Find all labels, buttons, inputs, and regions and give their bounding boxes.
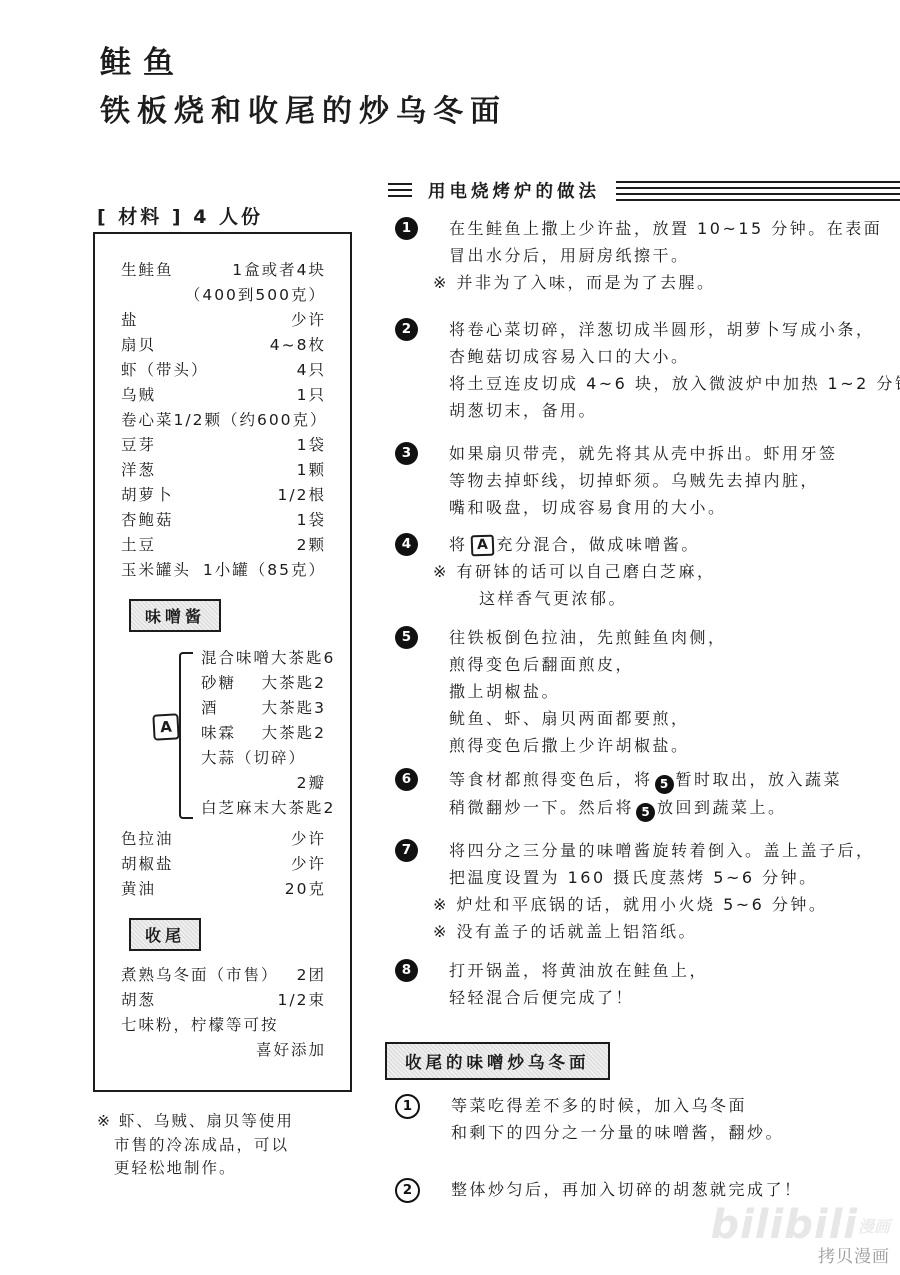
ingredient-amount: 少许	[291, 852, 326, 877]
ingredient-name: 色拉油	[121, 827, 174, 852]
extra-ingredient-list: 色拉油少许胡椒盐少许黄油20克	[121, 827, 326, 902]
group-a: A 混合味噌大茶匙6砂糖大茶匙2酒大茶匙3味霖大茶匙2大蒜（切碎）2瓣白芝麻末大…	[157, 646, 326, 821]
step-line: 等菜吃得差不多的时候，加入乌冬面	[451, 1092, 784, 1119]
materials-header: [ 材料 ] 4 人份	[97, 202, 263, 229]
ingredient-name: 味霖	[201, 721, 236, 746]
step-lines: 等菜吃得差不多的时候，加入乌冬面和剩下的四分之一分量的味噌酱，翻炒。	[451, 1092, 784, 1146]
ingredient-name: 虾（带头）	[121, 358, 209, 383]
ingredient-row: 2瓣	[201, 771, 326, 796]
ingredient-row: 杏鲍菇1袋	[121, 508, 326, 533]
footnote-line: 市售的冷冻成品，可以	[114, 1134, 294, 1158]
ingredient-name: 扇贝	[121, 333, 156, 358]
ingredient-row: 虾（带头）4只	[121, 358, 326, 383]
ingredient-name: 七味粉，柠檬等可按	[121, 1013, 279, 1038]
miso-ingredient-list: 混合味噌大茶匙6砂糖大茶匙2酒大茶匙3味霖大茶匙2大蒜（切碎）2瓣白芝麻末大茶匙…	[201, 646, 326, 821]
step-number-outline-badge: 2	[395, 1178, 420, 1203]
ingredient-row: 玉米罐头1小罐（85克）	[121, 558, 326, 583]
ingredient-name: 胡葱	[121, 988, 156, 1013]
ingredient-amount: 4只	[297, 358, 326, 383]
step-line: 和剩下的四分之一分量的味噌酱，翻炒。	[451, 1119, 784, 1146]
footnote-line: ※ 虾、乌贼、扇贝等使用	[97, 1110, 294, 1134]
miso-sauce-label: 味噌酱	[129, 599, 221, 632]
ingredient-amount: 喜好添加	[256, 1038, 326, 1063]
ingredient-amount: 大茶匙6	[271, 646, 335, 671]
ingredient-name: 盐	[121, 308, 139, 333]
ingredient-name: 白芝麻末	[201, 796, 271, 821]
ingredient-amount: 1颗	[297, 458, 326, 483]
ingredient-name: 玉米罐头	[121, 558, 191, 583]
ingredient-name: 混合味噌	[201, 646, 271, 671]
materials-footnote: ※ 虾、乌贼、扇贝等使用市售的冷冻成品，可以更轻松地制作。	[97, 1110, 294, 1181]
ingredient-row: 胡葱1/2束	[121, 988, 326, 1013]
ingredient-name: 煮熟乌冬面（市售）	[121, 963, 279, 988]
ingredient-row: 砂糖大茶匙2	[201, 671, 326, 696]
ingredient-row: 白芝麻末大茶匙2	[201, 796, 326, 821]
step-number-outline-badge: 1	[395, 1094, 420, 1119]
footnote-line: 更轻松地制作。	[114, 1157, 294, 1181]
ingredient-amount: 4~8枚	[270, 333, 326, 358]
ingredient-name: 砂糖	[201, 671, 236, 696]
ingredient-name: 胡椒盐	[121, 852, 174, 877]
materials-box: 生鲑鱼1盒或者4块（400到500克）盐少许扇贝4~8枚虾（带头）4只乌贼1只卷…	[93, 232, 352, 1092]
ingredient-row: 盐少许	[121, 308, 326, 333]
ingredient-name: 乌贼	[121, 383, 156, 408]
ingredient-amount: 1只	[297, 383, 326, 408]
group-a-tag: A	[152, 713, 179, 740]
step-lines: 整体炒匀后，再加入切碎的胡葱就完成了！	[451, 1176, 803, 1203]
ingredient-amount: 1小罐（85克）	[203, 558, 326, 583]
step-line: 整体炒匀后，再加入切碎的胡葱就完成了！	[451, 1176, 803, 1203]
ingredient-name: 黄油	[121, 877, 156, 902]
ingredient-amount: 少许	[291, 308, 326, 333]
ingredient-row: 扇贝4~8枚	[121, 333, 326, 358]
ingredient-amount: 1袋	[297, 508, 326, 533]
ingredient-amount: 2瓣	[297, 771, 326, 796]
ingredient-row: 洋葱1颗	[121, 458, 326, 483]
ingredient-name: 酒	[201, 696, 219, 721]
ingredient-amount: 1盒或者4块	[232, 258, 326, 283]
ingredient-row: 七味粉，柠檬等可按	[121, 1013, 326, 1038]
ingredient-row: 喜好添加	[121, 1038, 326, 1063]
ingredient-row: 煮熟乌冬面（市售）2团	[121, 963, 326, 988]
ingredient-name: 胡萝卜	[121, 483, 174, 508]
watermark-logo: bilibili漫画	[710, 1210, 890, 1242]
ingredient-row: 酒大茶匙3	[201, 696, 326, 721]
ingredient-row: 大蒜（切碎）	[201, 746, 326, 771]
ingredient-amount: 少许	[291, 827, 326, 852]
ingredient-row: 黄油20克	[121, 877, 326, 902]
ingredient-row: 卷心菜1/2颗（约600克）	[121, 408, 326, 433]
ingredient-name: 土豆	[121, 533, 156, 558]
ingredient-amount: （400到500克）	[185, 283, 326, 308]
watermark: bilibili漫画 拷贝漫画	[710, 1210, 890, 1267]
finish-method-steps: 1等菜吃得差不多的时候，加入乌冬面和剩下的四分之一分量的味噌酱，翻炒。2整体炒匀…	[388, 0, 900, 1275]
ingredient-row: （400到500克）	[121, 283, 326, 308]
ingredient-amount: 大茶匙2	[262, 721, 326, 746]
ingredient-name: 卷心菜	[121, 408, 174, 433]
materials-main-list: 生鲑鱼1盒或者4块（400到500克）盐少许扇贝4~8枚虾（带头）4只乌贼1只卷…	[121, 258, 326, 583]
ingredient-amount: 大茶匙3	[262, 696, 326, 721]
step-row: 1等菜吃得差不多的时候，加入乌冬面和剩下的四分之一分量的味噌酱，翻炒。	[388, 1092, 784, 1146]
ingredient-row: 豆芽1袋	[121, 433, 326, 458]
ingredient-row: 色拉油少许	[121, 827, 326, 852]
ingredient-amount: 1/2根	[278, 483, 326, 508]
group-a-bracket-icon	[179, 652, 193, 819]
ingredient-amount: 1/2束	[278, 988, 326, 1013]
ingredient-amount: 20克	[285, 877, 326, 902]
ingredient-name: 大蒜（切碎）	[201, 746, 306, 771]
ingredient-amount: 大茶匙2	[271, 796, 335, 821]
ingredient-name: 生鲑鱼	[121, 258, 174, 283]
ingredient-name: 杏鲍菇	[121, 508, 174, 533]
finish-ingredient-list: 煮熟乌冬面（市售）2团胡葱1/2束七味粉，柠檬等可按喜好添加	[121, 963, 326, 1063]
ingredient-amount: 1袋	[297, 433, 326, 458]
ingredient-name: 洋葱	[121, 458, 156, 483]
ingredient-name: 豆芽	[121, 433, 156, 458]
finish-label: 收尾	[129, 918, 201, 951]
watermark-logo-suffix: 漫画	[858, 1212, 890, 1242]
ingredient-row: 胡萝卜1/2根	[121, 483, 326, 508]
ingredient-row: 乌贼1只	[121, 383, 326, 408]
ingredient-row: 混合味噌大茶匙6	[201, 646, 326, 671]
ingredient-amount: 2团	[297, 963, 326, 988]
ingredient-amount: 1/2颗（约600克）	[174, 408, 328, 433]
step-row: 2整体炒匀后，再加入切碎的胡葱就完成了！	[388, 1176, 803, 1203]
ingredient-row: 味霖大茶匙2	[201, 721, 326, 746]
ingredient-row: 土豆2颗	[121, 533, 326, 558]
ingredient-amount: 大茶匙2	[262, 671, 326, 696]
ingredient-amount: 2颗	[297, 533, 326, 558]
ingredient-row: 生鲑鱼1盒或者4块	[121, 258, 326, 283]
ingredient-row: 胡椒盐少许	[121, 852, 326, 877]
